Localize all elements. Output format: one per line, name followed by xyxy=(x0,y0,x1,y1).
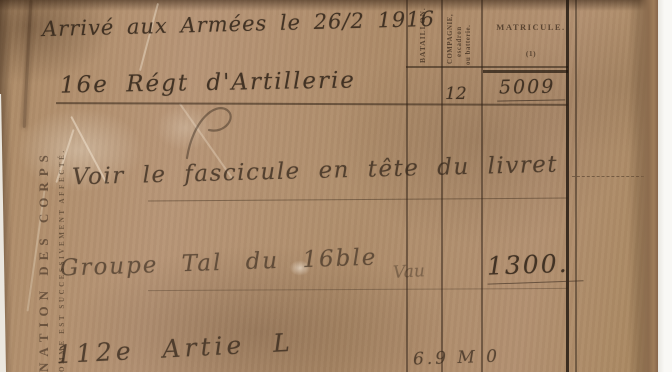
header-rule xyxy=(406,66,568,68)
booklet-spine-edge xyxy=(628,0,658,372)
handwritten-regiment: 16e Régt d'Artillerie xyxy=(60,67,356,98)
column-header-compagnie-line3: ou batterie. xyxy=(465,25,472,65)
column-header-matricule: MATRICULE. xyxy=(490,22,572,32)
column-header-compagnie-line2: escadron xyxy=(456,26,463,57)
column-header-matricule-note: (1) xyxy=(490,49,572,58)
column-header-compagnie-line1: COMPAGNIE, xyxy=(447,14,454,64)
handwritten-matricule-number: 5009 xyxy=(497,75,566,101)
ink-flourish xyxy=(175,100,245,162)
column-line-compagnie xyxy=(481,0,483,372)
matricule-header-rule xyxy=(483,70,568,73)
column-line-bataillon xyxy=(441,0,443,372)
scanned-document-page: NATION DES CORPS OMME EST SUCCESSIVEMENT… xyxy=(0,0,672,372)
handwritten-matricule-1300: 1300. xyxy=(486,248,583,284)
handwritten-matricule-partial: 6.9 M 0 xyxy=(413,346,501,369)
left-vertical-heading: NATION DES CORPS xyxy=(36,149,52,372)
handwritten-bataillon-faint: Vau xyxy=(392,261,425,283)
scan-margin-right xyxy=(658,0,672,372)
column-line-designation xyxy=(406,0,408,372)
handwritten-compagnie-number: 12 xyxy=(445,84,467,104)
